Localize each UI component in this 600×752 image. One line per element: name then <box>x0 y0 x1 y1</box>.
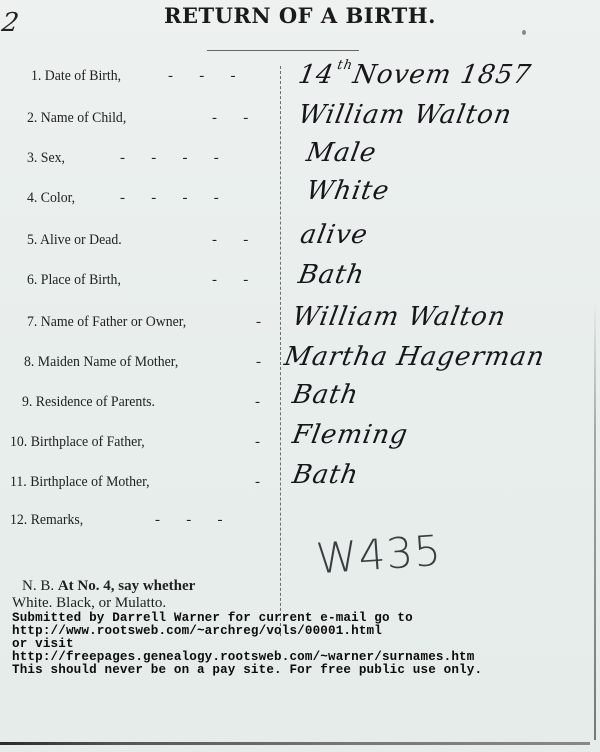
nb-options: White. Black, or Mulatto. <box>12 595 195 612</box>
field-label: 7. Name of Father or Owner, <box>27 314 186 331</box>
field-value-maiden-name-of-mother: Martha Hagerman <box>282 342 547 372</box>
field-leader: - - - <box>168 68 236 85</box>
field-label: 10. Birthplace of Father, <box>10 434 145 451</box>
submitter-notice: Submitted by Darrell Warner for current … <box>12 612 482 677</box>
title-rule <box>207 50 359 51</box>
field-label: 1. Date of Birth, <box>31 68 121 85</box>
nb-instruction: At No. 4, say whether <box>58 578 195 594</box>
field-value-color: White <box>304 176 392 206</box>
field-value-birthplace-of-father: Fleming <box>290 420 410 450</box>
field-row-date-of-birth: 1. Date of Birth, - - - 14thNovem 1857 <box>0 58 600 94</box>
document-title: RETURN OF A BIRTH. <box>0 3 600 28</box>
field-value-name-of-child: William Walton <box>296 100 514 130</box>
field-row-sex: 3. Sex, - - - - Male <box>0 142 600 178</box>
field-leader: - <box>255 434 260 451</box>
field-row-color: 4. Color, - - - - White <box>0 184 600 220</box>
field-row-remarks: 12. Remarks, - - - <box>0 510 600 546</box>
field-leader: - <box>255 394 260 411</box>
field-leader: - - <box>212 272 248 289</box>
field-row-birthplace-of-mother: 11. Birthplace of Mother, - Bath <box>0 474 600 510</box>
field-label: 11. Birthplace of Mother, <box>10 474 150 491</box>
nota-bene-note: N. B. At No. 4, say whether White. Black… <box>12 578 195 612</box>
field-leader: - <box>256 314 261 331</box>
field-row-name-of-child: 2. Name of Child, - - William Walton <box>0 100 600 136</box>
field-value-birthplace-of-mother: Bath <box>290 460 361 490</box>
field-leader: - - - - <box>120 150 219 167</box>
field-value-alive-or-dead: alive <box>298 220 371 250</box>
field-leader: - - <box>212 232 248 249</box>
field-row-place-of-birth: 6. Place of Birth, - - Bath <box>0 268 600 304</box>
field-value-name-of-father: William Walton <box>290 302 508 332</box>
paper-speck <box>522 30 526 35</box>
field-value-residence-of-parents: Bath <box>290 380 361 410</box>
field-label: 5. Alive or Dead. <box>27 232 122 249</box>
field-label: 12. Remarks, <box>10 512 83 529</box>
submitter-line: This should never be on a pay site. For … <box>12 664 482 677</box>
field-value-place-of-birth: Bath <box>296 260 367 290</box>
field-value-date-of-birth: 14thNovem 1857 <box>296 58 534 90</box>
field-row-name-of-father: 7. Name of Father or Owner, - William Wa… <box>0 310 600 346</box>
paper-bottom-edge <box>0 742 590 745</box>
field-value-sex: Male <box>304 138 379 168</box>
field-row-alive-or-dead: 5. Alive or Dead. - - alive <box>0 226 600 262</box>
remarks-code: W435 <box>314 526 443 584</box>
field-leader: - - - - <box>120 190 219 207</box>
field-label: 2. Name of Child, <box>27 110 126 127</box>
field-label: 4. Color, <box>27 190 75 207</box>
submitter-link: http://www.rootsweb.com/~archreg/vols/00… <box>12 625 482 638</box>
field-label: 6. Place of Birth, <box>27 272 121 289</box>
field-leader: - - - <box>155 512 223 529</box>
paper-edge-shadow <box>594 300 596 740</box>
field-label: 3. Sex, <box>27 150 65 167</box>
nb-prefix: N. B. <box>22 578 54 594</box>
field-leader: - - <box>212 110 248 127</box>
field-leader: - <box>256 354 261 371</box>
scanned-birth-record: 2 RETURN OF A BIRTH. 1. Date of Birth, -… <box>0 0 600 752</box>
field-label: 9. Residence of Parents. <box>22 394 155 411</box>
field-label: 8. Maiden Name of Mother, <box>24 354 178 371</box>
field-leader: - <box>255 474 260 491</box>
